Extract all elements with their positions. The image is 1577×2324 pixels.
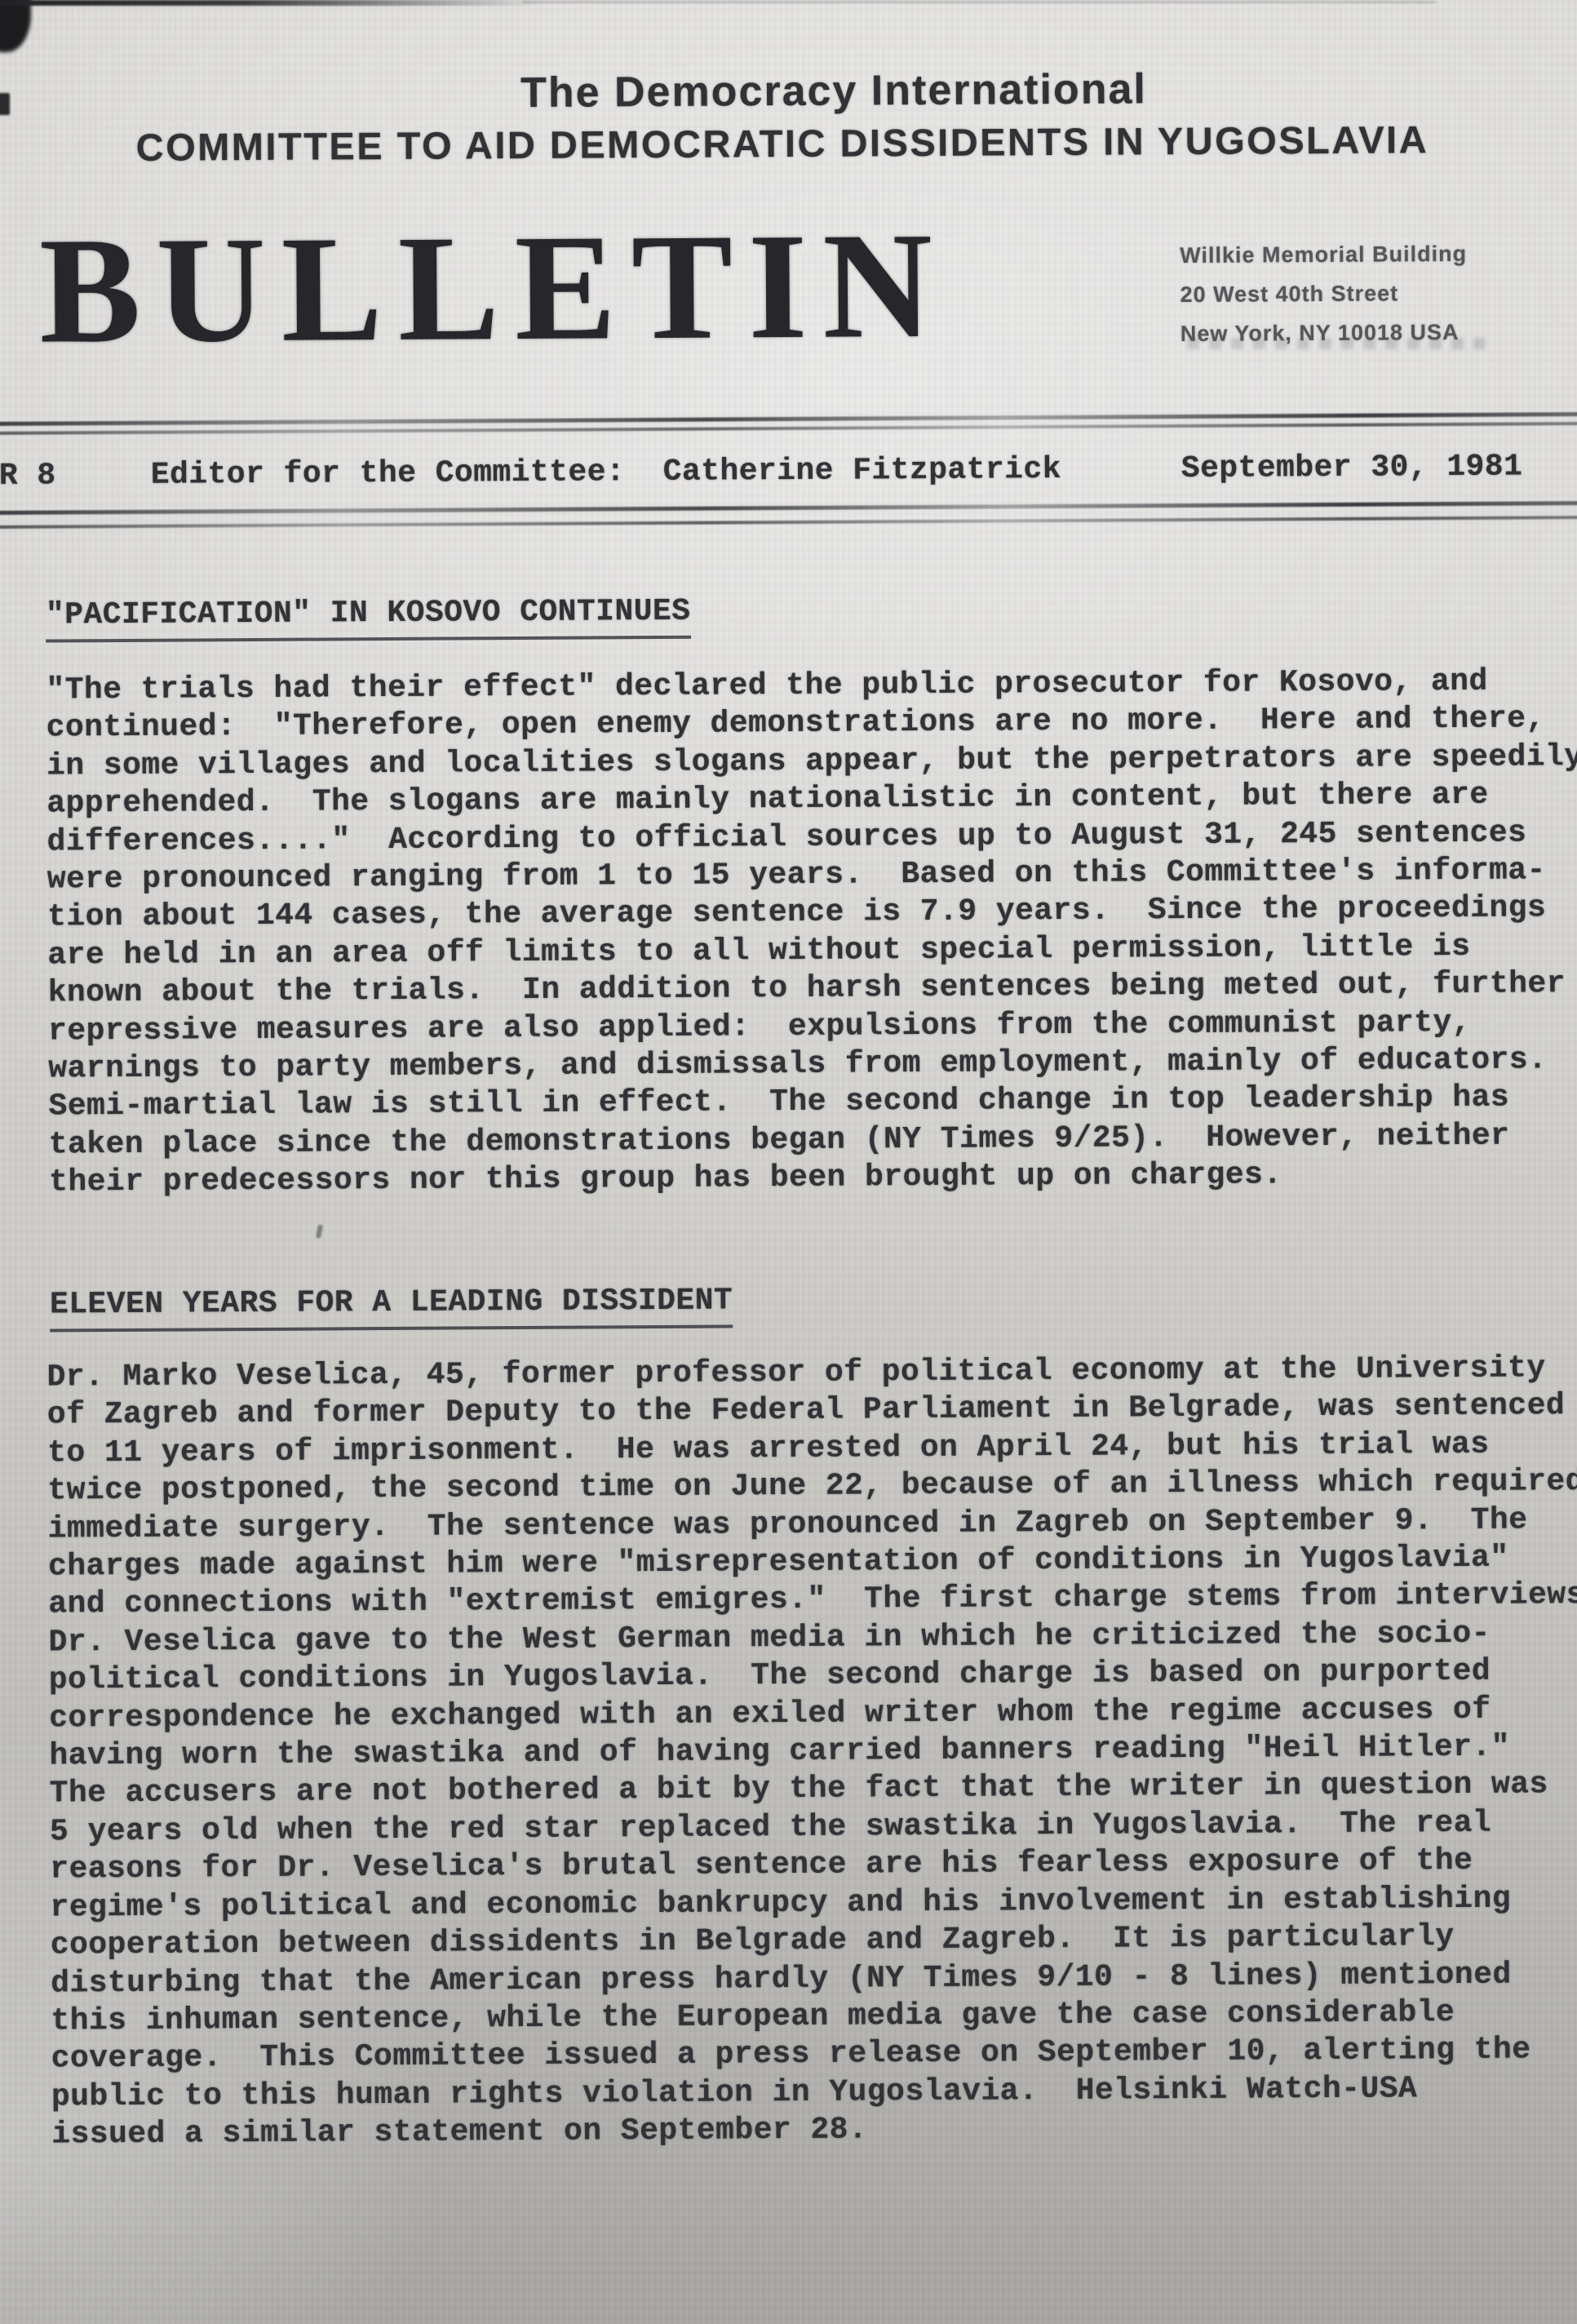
issue-number-fragment: R 8 (0, 458, 56, 493)
organization-name-line2: COMMITTEE TO AID DEMOCRATIC DISSIDENTS I… (0, 116, 1571, 171)
masthead-title: BULLETIN (39, 210, 948, 367)
issue-date: September 30, 1981 (1181, 449, 1523, 486)
dateline-row: R 8 Editor for the Committee: Catherine … (0, 449, 1573, 498)
article-body-text: Dr. Marko Veselica, 45, former professor… (47, 1350, 1577, 2154)
horizontal-rule (0, 516, 1577, 529)
ink-stray-mark (316, 1224, 323, 1239)
organization-name-line1: The Democracy International (0, 61, 1577, 121)
scan-edge-artifact (0, 93, 10, 115)
article-heading: ELEVEN YEARS FOR A LEADING DISSIDENT (50, 1283, 733, 1332)
article-body-text: "The trials had their effect" declared t… (46, 663, 1577, 1202)
horizontal-rule (0, 501, 1577, 515)
bleed-through-ghost-text (1187, 338, 1489, 349)
scanned-bulletin-page: { "colors": { "paper": "#d8d6d3", "ink":… (0, 0, 1577, 2324)
article-kosovo: "PACIFICATION" IN KOSOVO CONTINUES "The … (46, 594, 691, 643)
editor-credit: Editor for the Committee: Catherine Fitz… (151, 452, 1061, 493)
article-veselica: ELEVEN YEARS FOR A LEADING DISSIDENT Dr.… (50, 1283, 733, 1332)
scan-top-streak-faint (522, 1, 1436, 3)
article-heading: "PACIFICATION" IN KOSOVO CONTINUES (46, 594, 691, 643)
address-block: Willkie Memorial Building 20 West 40th S… (1180, 234, 1468, 353)
scan-top-streak (0, 0, 547, 6)
